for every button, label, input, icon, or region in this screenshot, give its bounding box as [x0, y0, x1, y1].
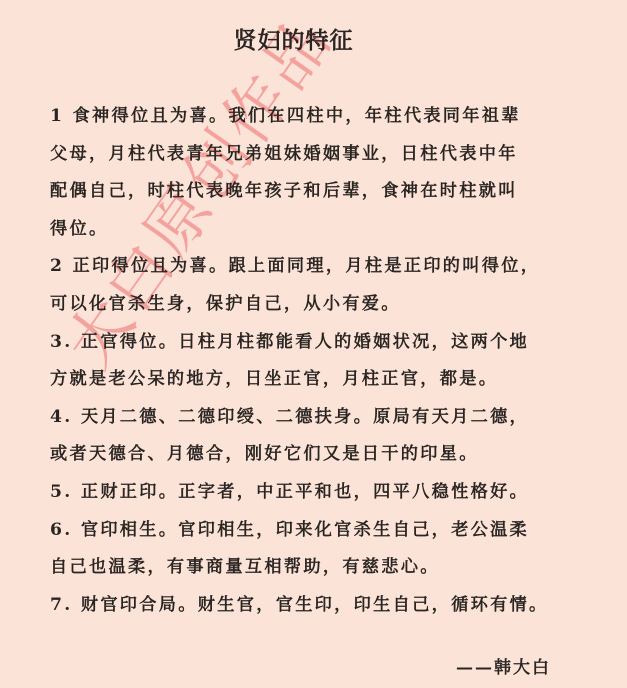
page-title: 贤妇的特征	[0, 22, 627, 55]
text-line: 或者天德合、月德合，刚好它们又是日干的印星。	[50, 439, 610, 477]
text-line: 4. 天月二德、二德印绶、二德扶身。原局有天月二德，	[50, 402, 610, 440]
body-text: 1 食神得位且为喜。我们在四柱中，年柱代表同年祖辈 父母，月柱代表青年兄弟姐妹婚…	[50, 101, 610, 627]
text-line: 自己也温柔，有事商量互相帮助，有慈悲心。	[50, 552, 610, 590]
text-line: 1 食神得位且为喜。我们在四柱中，年柱代表同年祖辈	[50, 101, 610, 139]
text-line: 方就是老公呆的地方，日坐正官，月柱正官，都是。	[50, 364, 610, 402]
text-line: 2 正印得位且为喜。跟上面同理，月柱是正印的叫得位，	[50, 251, 610, 289]
text-line: 父母，月柱代表青年兄弟姐妹婚姻事业，日柱代表中年	[50, 139, 610, 177]
text-line: 得位。	[50, 214, 610, 252]
text-line: 3. 正官得位。日柱月柱都能看人的婚姻状况，这两个地	[50, 327, 610, 365]
author-signature: ——韩大白	[456, 653, 551, 678]
text-line: 5. 正财正印。正字者，中正平和也，四平八稳性格好。	[50, 477, 610, 515]
text-line: 6. 官印相生。官印相生，印来化官杀生自己，老公温柔	[50, 515, 610, 553]
document-page: 大白原创作品 贤妇的特征 1 食神得位且为喜。我们在四柱中，年柱代表同年祖辈 父…	[0, 0, 627, 688]
text-line: 配偶自己，时柱代表晚年孩子和后辈，食神在时柱就叫	[50, 176, 610, 214]
text-line: 7. 财官印合局。财生官，官生印，印生自己，循环有情。	[50, 590, 610, 628]
text-line: 可以化官杀生身，保护自己，从小有爱。	[50, 289, 610, 327]
